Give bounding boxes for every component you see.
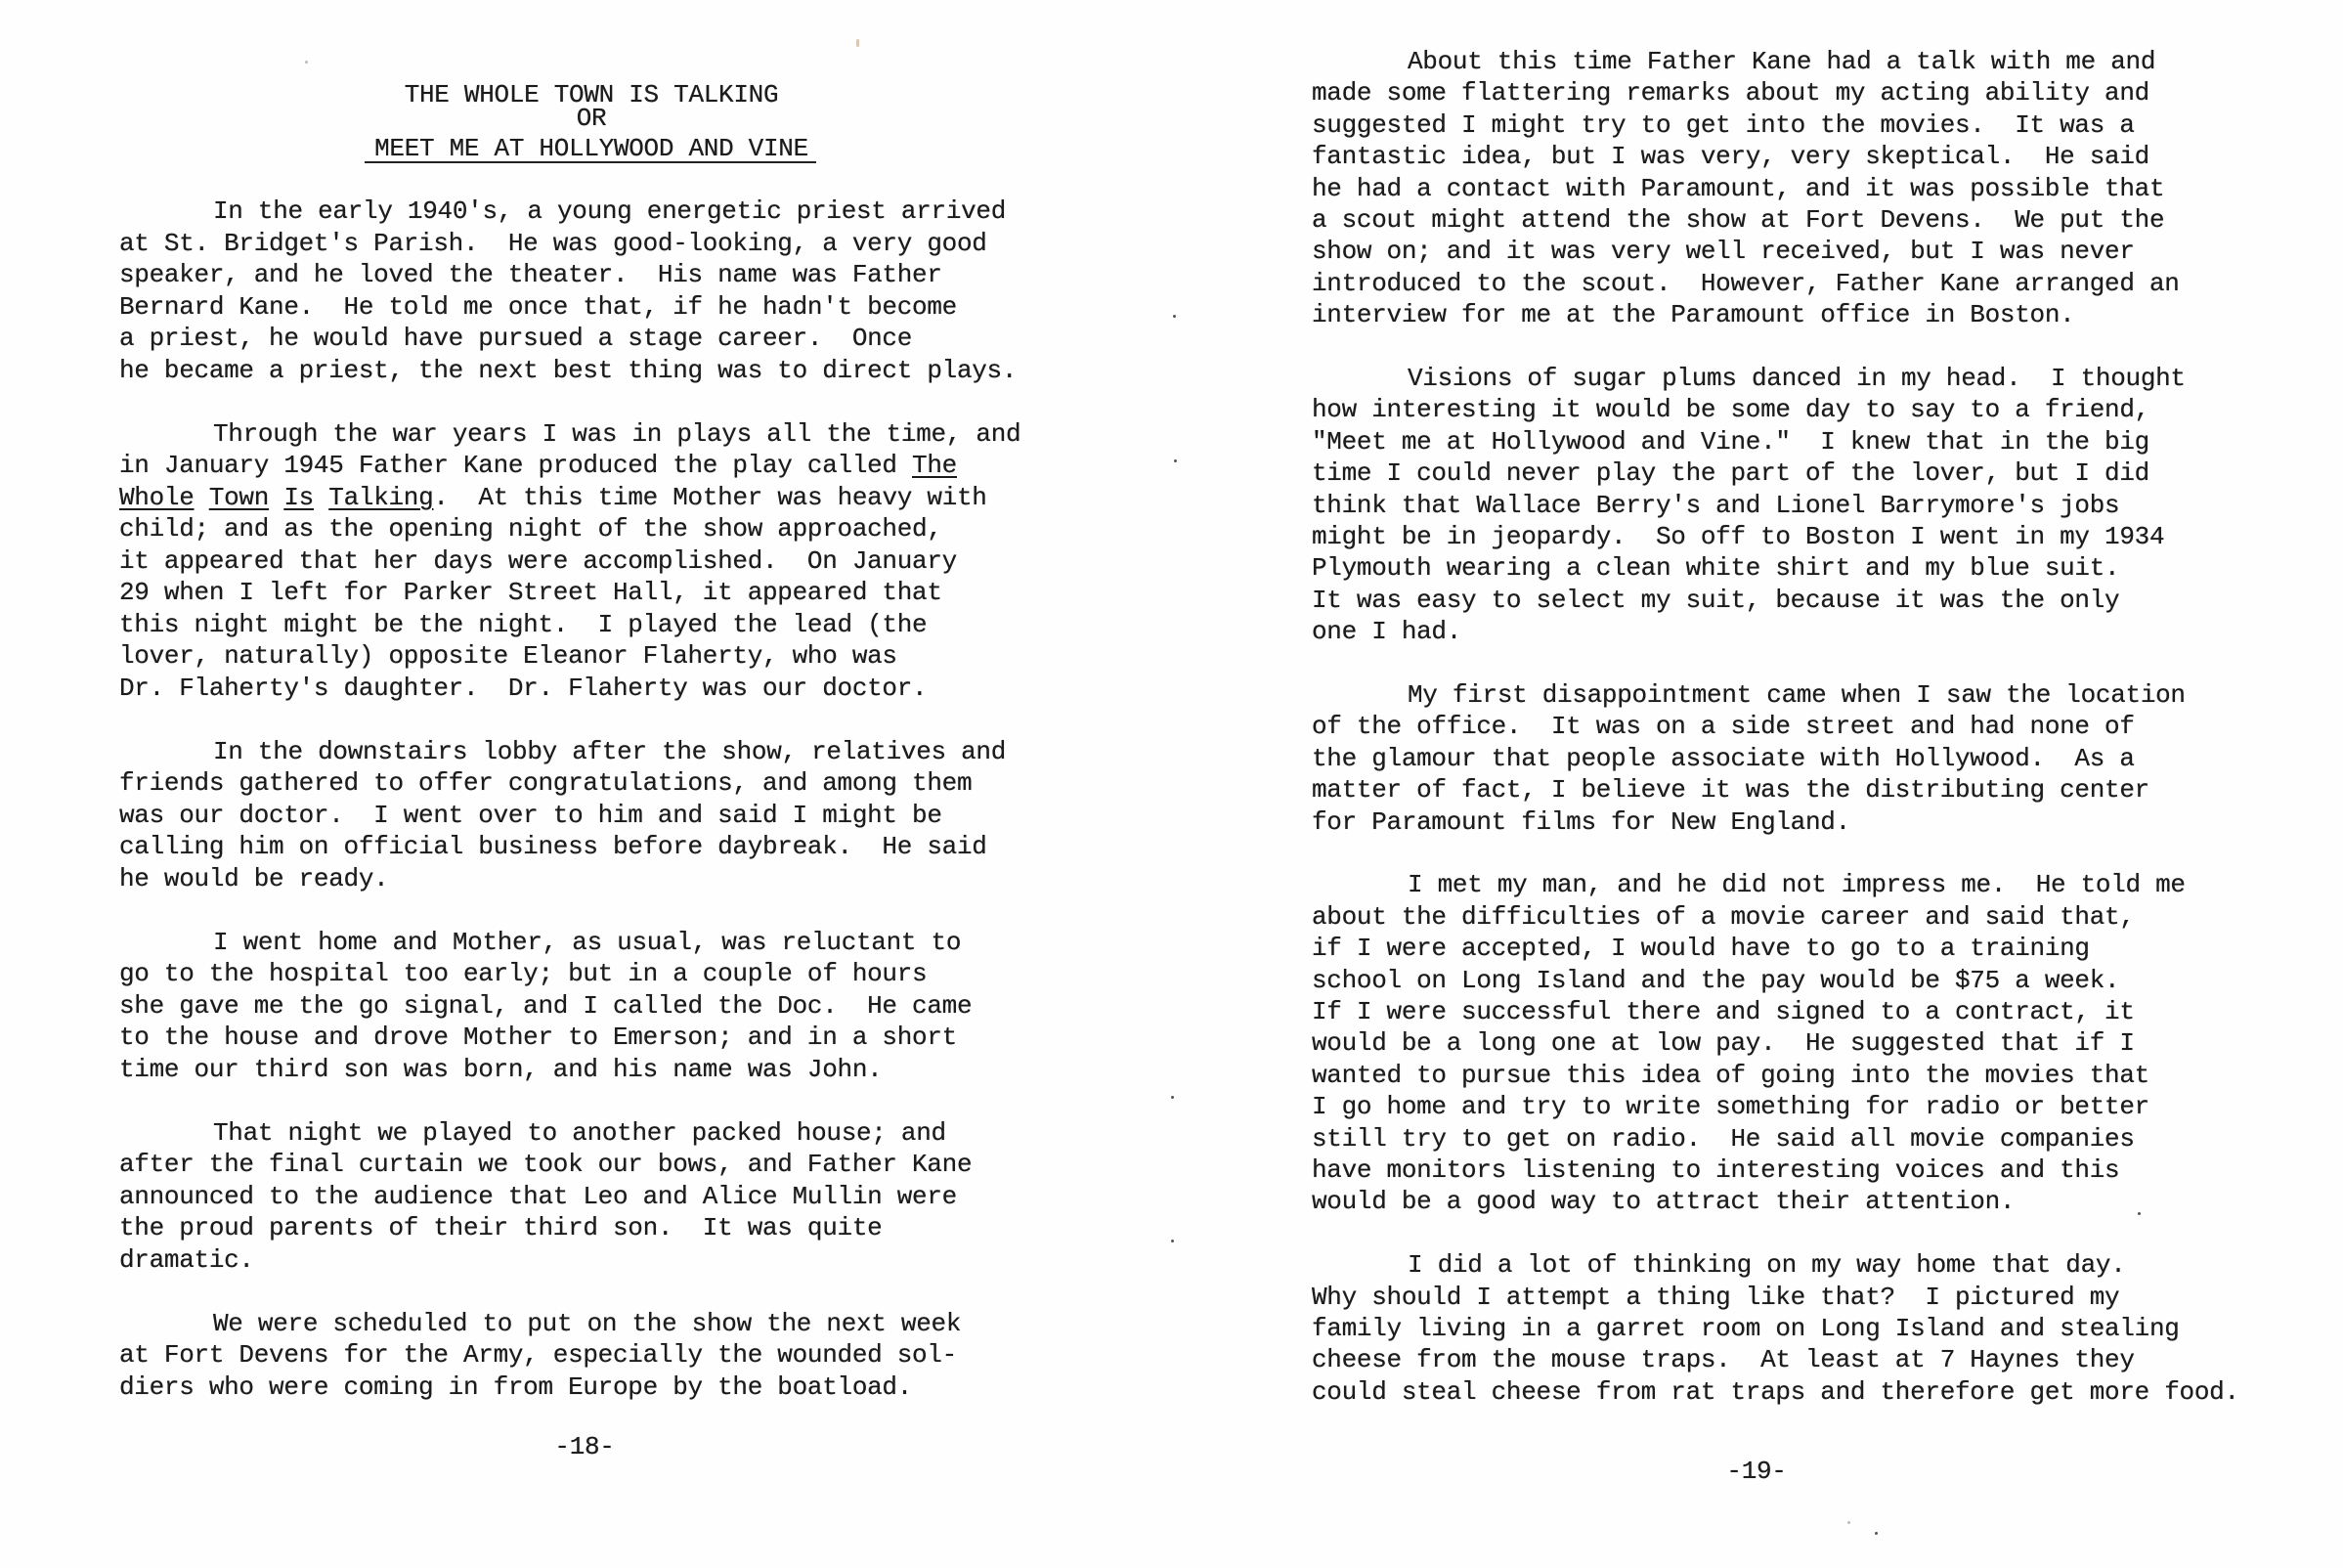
text-line: In the downstairs lobby after the show, … <box>213 739 1006 764</box>
text-line: lover, naturally) opposite Eleanor Flahe… <box>119 643 897 669</box>
text-line: about the difficulties of a movie career… <box>1312 904 2135 930</box>
text-line: the proud parents of their third son. It… <box>119 1215 882 1241</box>
text-line: in January 1945 Father Kane produced the… <box>119 453 957 478</box>
text-line: friends gathered to offer congratulation… <box>119 770 972 796</box>
title-underline <box>365 161 816 163</box>
title-line-3: MEET ME AT HOLLYWOOD AND VINE <box>249 136 933 161</box>
text-line: matter of fact, I believe it was the dis… <box>1312 777 2149 803</box>
text-line: he became a priest, the next best thing … <box>119 358 1017 383</box>
text-line: Bernard Kane. He told me once that, if h… <box>119 294 957 320</box>
text-line: one I had. <box>1312 619 1461 644</box>
text-line: would be a long one at low pay. He sugge… <box>1312 1030 2135 1056</box>
text-line: to the house and drove Mother to Emerson… <box>119 1024 957 1050</box>
text-line: could steal cheese from rat traps and th… <box>1312 1379 2239 1405</box>
scan-speck <box>1173 315 1176 318</box>
text-line: It was easy to select my suit, because i… <box>1312 588 2119 613</box>
text-line: have monitors listening to interesting v… <box>1312 1157 2119 1183</box>
text-line: time I could never play the part of the … <box>1312 460 2149 486</box>
text-line: after the final curtain we took our bows… <box>119 1152 972 1177</box>
page-number-19: -19- <box>1659 1459 1854 1484</box>
text-line: About this time Father Kane had a talk w… <box>1408 49 2155 74</box>
text-line: family living in a garret room on Long I… <box>1312 1316 2180 1341</box>
text-line: she gave me the go signal, and I called … <box>119 993 972 1019</box>
text-line: diers who were coming in from Europe by … <box>119 1374 912 1400</box>
text-line: of the office. It was on a side street a… <box>1312 714 2135 739</box>
text-line: might be in jeopardy. So off to Boston I… <box>1312 524 2164 549</box>
text-line: That night we played to another packed h… <box>213 1120 946 1146</box>
text-line: cheese from the mouse traps. At least at… <box>1312 1347 2135 1372</box>
text-line: I go home and try to write something for… <box>1312 1094 2149 1119</box>
text-line: still try to get on radio. He said all m… <box>1312 1126 2135 1152</box>
text-line: calling him on official business before … <box>119 834 987 859</box>
text-line: school on Long Island and the pay would … <box>1312 968 2119 993</box>
text-line: We were scheduled to put on the show the… <box>213 1311 961 1336</box>
page-number-18: -18- <box>487 1434 682 1459</box>
scan-speck <box>1174 459 1177 462</box>
text-line: I did a lot of thinking on my way home t… <box>1408 1252 2126 1278</box>
title-line-2: OR <box>249 106 933 131</box>
text-line: I met my man, and he did not impress me.… <box>1408 872 2186 897</box>
text-line: Dr. Flaherty's daughter. Dr. Flaherty wa… <box>119 675 927 701</box>
text-line: suggested I might try to get into the mo… <box>1312 112 2135 138</box>
text-line: this night might be the night. I played … <box>119 612 927 637</box>
scan-speck <box>1875 1532 1878 1535</box>
scan-speck <box>2138 1212 2141 1215</box>
text-line: 29 when I left for Parker Street Hall, i… <box>119 580 942 605</box>
text-line: time our third son was born, and his nam… <box>119 1057 882 1082</box>
text-line: a scout might attend the show at Fort De… <box>1312 207 2164 233</box>
text-line: if I were accepted, I would have to go t… <box>1312 936 2090 961</box>
text-line: child; and as the opening night of the s… <box>119 516 942 542</box>
text-line: In the early 1940's, a young energetic p… <box>213 198 1006 224</box>
text-line: was our doctor. I went over to him and s… <box>119 803 942 828</box>
text-line: think that Wallace Berry's and Lionel Ba… <box>1312 493 2119 518</box>
page-19: About this time Father Kane had a talk w… <box>1171 0 2343 1568</box>
text-line: show on; and it was very well received, … <box>1312 239 2135 264</box>
underlined-title-word: Is <box>283 483 314 512</box>
text-line: go to the hospital too early; but in a c… <box>119 961 927 986</box>
underlined-title-word: Talking <box>328 483 433 512</box>
text-line: he had a contact with Paramount, and it … <box>1312 176 2164 201</box>
text-line: introduced to the scout. However, Father… <box>1312 271 2180 296</box>
text-line: If I were successful there and signed to… <box>1312 999 2135 1024</box>
text-line: dramatic. <box>119 1247 254 1273</box>
underlined-title-word: Town <box>209 483 269 512</box>
scan-speck <box>305 61 308 64</box>
underlined-title-word: The <box>912 451 957 480</box>
text-line: at Fort Devens for the Army, especially … <box>119 1342 957 1368</box>
page-18: THE WHOLE TOWN IS TALKING OR MEET ME AT … <box>0 0 1171 1568</box>
text-line: interview for me at the Paramount office… <box>1312 302 2074 327</box>
text-line: Visions of sugar plums danced in my head… <box>1408 366 2186 391</box>
text-line: "Meet me at Hollywood and Vine." I knew … <box>1312 429 2149 455</box>
text-line: he would be ready. <box>119 866 388 892</box>
text-line: Plymouth wearing a clean white shirt and… <box>1312 555 2119 581</box>
text-line: Why should I attempt a thing like that? … <box>1312 1285 2119 1310</box>
text-line: fantastic idea, but I was very, very ske… <box>1312 144 2149 169</box>
scan-speck <box>1171 1240 1174 1242</box>
text-line: I went home and Mother, as usual, was re… <box>213 930 961 955</box>
text-line: at St. Bridget's Parish. He was good-loo… <box>119 231 987 256</box>
book-spread: THE WHOLE TOWN IS TALKING OR MEET ME AT … <box>0 0 2343 1568</box>
text-line: speaker, and he loved the theater. His n… <box>119 262 942 287</box>
text-line: a priest, he would have pursued a stage … <box>119 326 912 351</box>
text-line: for Paramount films for New England. <box>1312 809 1850 835</box>
underlined-title-word: Whole <box>119 483 195 512</box>
text-line: it appeared that her days were accomplis… <box>119 548 957 574</box>
text-line: how interesting it would be some day to … <box>1312 397 2149 422</box>
text-line: Whole Town Is Talking. At this time Moth… <box>119 485 987 510</box>
text-line: made some flattering remarks about my ac… <box>1312 80 2149 106</box>
scan-speck <box>1171 1096 1174 1099</box>
text-line: My first disappointment came when I saw … <box>1408 682 2186 708</box>
scan-speck <box>1847 1521 1850 1524</box>
scan-speck <box>856 39 859 47</box>
text-line: the glamour that people associate with H… <box>1312 746 2135 771</box>
text-line: wanted to pursue this idea of going into… <box>1312 1063 2149 1088</box>
text-line: Through the war years I was in plays all… <box>213 421 1020 447</box>
text-line: would be a good way to attract their att… <box>1312 1189 2015 1214</box>
text-line: announced to the audience that Leo and A… <box>119 1184 957 1209</box>
